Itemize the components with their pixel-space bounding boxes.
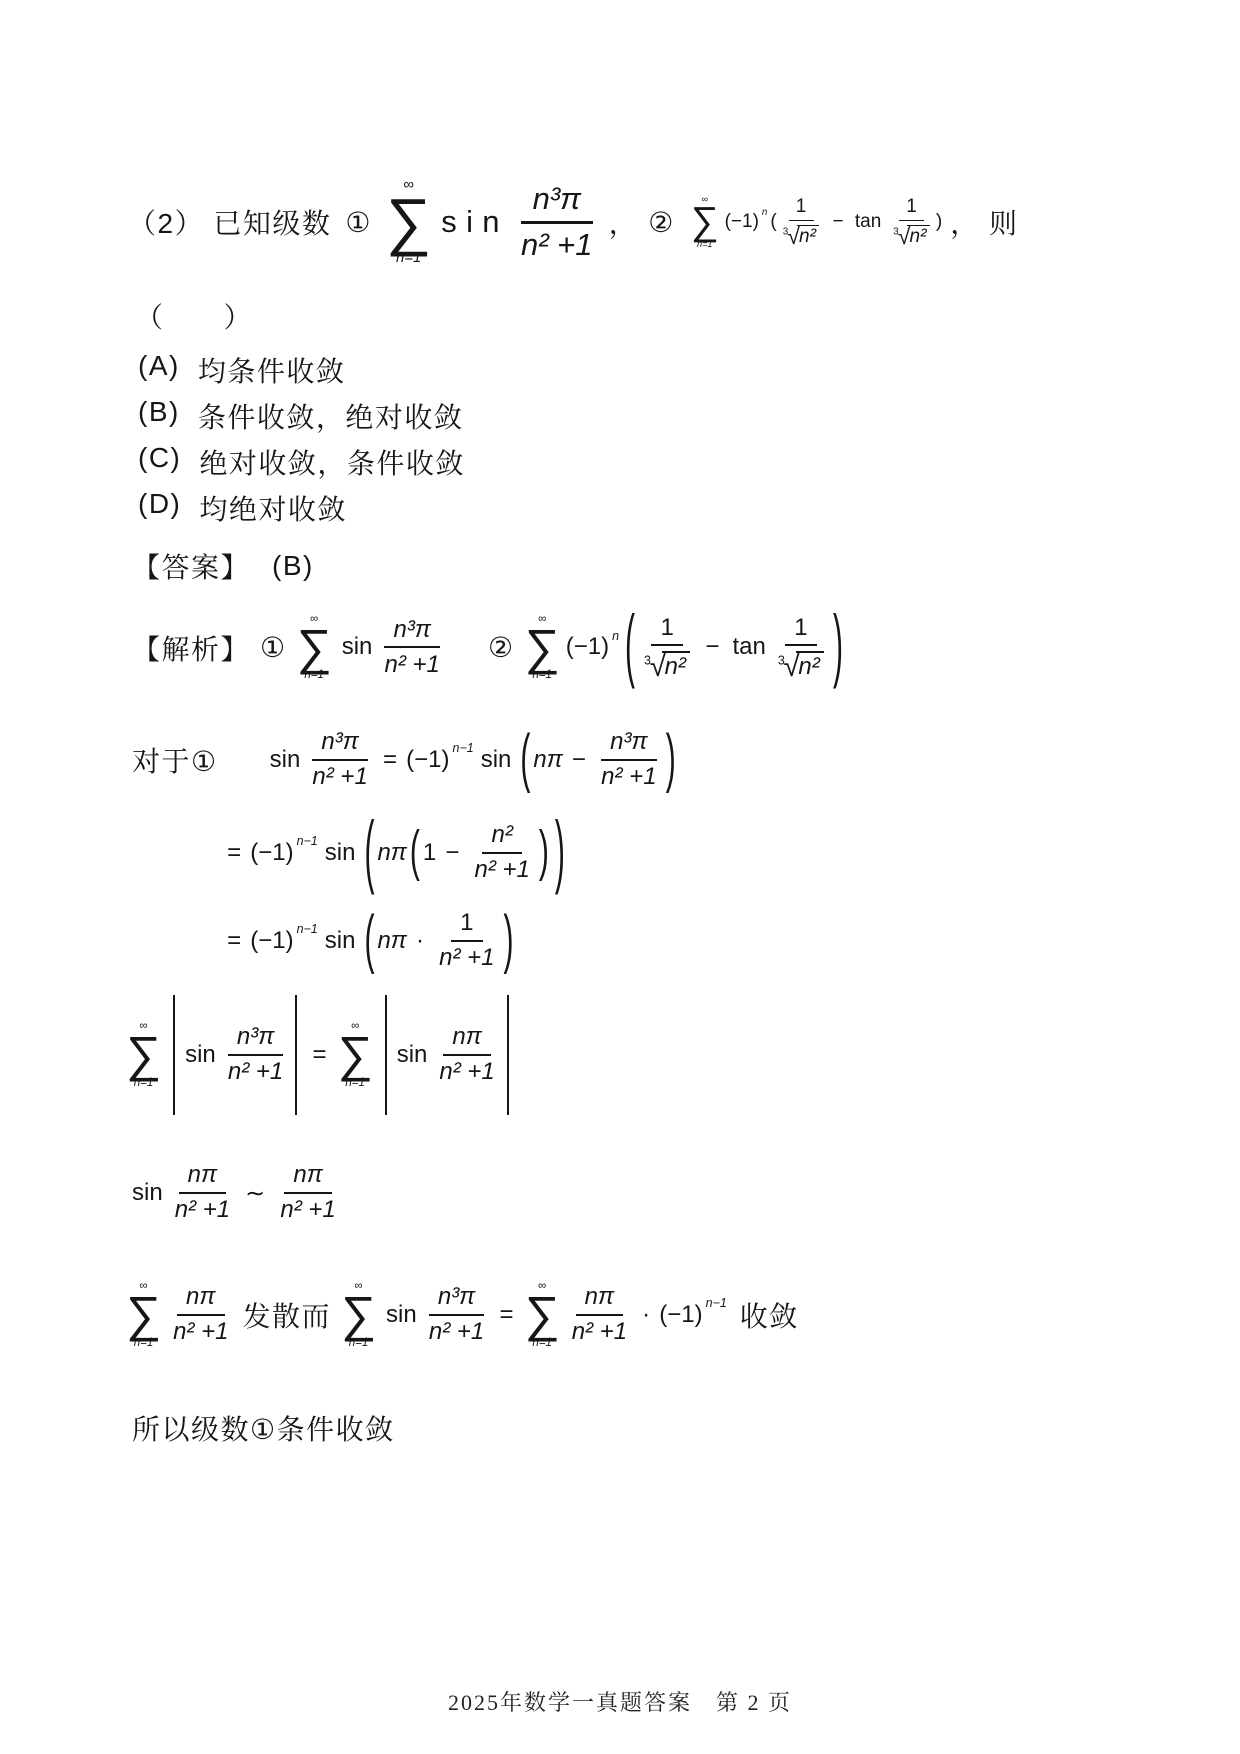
fraction: n³π n² +1 bbox=[429, 1283, 485, 1346]
fraction-numerator: nπ bbox=[443, 1023, 491, 1056]
series-2-formula: ∞ ∑ n=1 (−1) n ( 1 3 √ n² − tan bbox=[523, 613, 846, 683]
sum-lower-limit: n=1 bbox=[134, 1077, 154, 1090]
fraction-denominator: n² +1 bbox=[521, 224, 593, 264]
answer-value: (B) bbox=[272, 550, 314, 582]
sin-function: sin bbox=[132, 1179, 163, 1207]
fraction-numerator: n³π bbox=[384, 616, 440, 649]
sum-operator: ∞ ∑ n=1 bbox=[341, 1280, 376, 1350]
fraction-numerator: n³π bbox=[601, 728, 657, 761]
abs-bar bbox=[507, 995, 509, 1115]
power-exponent: n−1 bbox=[453, 741, 474, 755]
radicand: n² bbox=[662, 651, 691, 681]
sum-lower-limit: n=1 bbox=[349, 1337, 369, 1350]
sum-lower-limit: n=1 bbox=[304, 669, 324, 682]
option-d-text: 均绝对收敛 bbox=[199, 488, 347, 528]
question-stem: （2） 已知级数 ① ∞ ∑ n=1 sin n³π n² +1 ， ② ∞ ∑… bbox=[128, 152, 1018, 292]
sin-function: sin bbox=[270, 746, 301, 774]
series-1-formula: ∞ ∑ n=1 sin n³π n² +1 bbox=[295, 613, 446, 683]
option-b-label: (B) bbox=[138, 396, 180, 436]
sin-function: sin bbox=[481, 746, 512, 774]
power-exponent: n bbox=[762, 207, 768, 218]
equals-sign: = bbox=[313, 1041, 327, 1069]
equation-line-2: = (−1) n−1 sin ( nπ ( 1 − n² n² +1 ) ) bbox=[218, 800, 568, 905]
answer-line: 【答案】 (B) bbox=[132, 546, 314, 586]
root-index: 3 bbox=[783, 226, 789, 238]
left-paren: ( bbox=[364, 904, 374, 977]
fraction-denominator: n² +1 bbox=[439, 1056, 494, 1087]
fraction: n³π n² +1 bbox=[521, 181, 593, 263]
power-term: (−1) n−1 bbox=[250, 839, 321, 867]
answer-label: 【答案】 bbox=[132, 546, 250, 586]
fraction-numerator: 1 bbox=[651, 614, 683, 647]
sum-operator: ∞ ∑ n=1 bbox=[386, 177, 431, 267]
fraction-denominator: n² +1 bbox=[173, 1316, 228, 1347]
inner-right-paren: ) bbox=[539, 821, 549, 884]
fraction-denominator: n² +1 bbox=[385, 648, 440, 679]
tan-function: tan bbox=[732, 633, 765, 661]
power-exponent: n−1 bbox=[297, 922, 318, 936]
n-pi-term: nπ bbox=[533, 746, 562, 774]
fraction-numerator: 1 bbox=[785, 614, 817, 647]
sum-lower-limit: n=1 bbox=[532, 1337, 552, 1350]
sin-function: sin bbox=[185, 1041, 216, 1069]
sum-operator: ∞ ∑ n=1 bbox=[297, 613, 332, 683]
series-2-formula: ∞ ∑ n=1 (−1) n ( 1 3 √ n² − tan bbox=[689, 194, 942, 249]
fraction: nπ n² +1 bbox=[572, 1283, 627, 1346]
fraction: n³π n² +1 bbox=[601, 728, 657, 791]
minus-sign: − bbox=[445, 839, 459, 867]
power-term: (−1) n−1 bbox=[406, 746, 477, 774]
option-c-label: (C) bbox=[138, 442, 181, 482]
fraction: n³π n² +1 bbox=[312, 728, 368, 791]
power-term: (−1) n bbox=[725, 211, 771, 233]
fraction: 1 3 √ n² bbox=[644, 614, 690, 682]
sin-function: sin bbox=[441, 204, 509, 240]
abs-bar bbox=[385, 995, 387, 1115]
fraction: n³π n² +1 bbox=[228, 1023, 284, 1086]
fraction-denominator: n² +1 bbox=[175, 1194, 230, 1225]
power-base: (−1) bbox=[725, 211, 759, 233]
fraction-numerator: n³π bbox=[429, 1283, 485, 1316]
minus-sign: − bbox=[833, 211, 844, 233]
series-2-marker: ② bbox=[488, 631, 515, 664]
sum-sigma: ∑ bbox=[297, 626, 332, 669]
series-2-marker: ② bbox=[648, 206, 675, 239]
fraction: nπ n² +1 bbox=[439, 1023, 494, 1086]
sin-function: sin bbox=[386, 1301, 417, 1329]
sum-lower-limit: n=1 bbox=[697, 239, 712, 249]
fraction-denominator: n² +1 bbox=[312, 761, 367, 792]
sum-sigma: ∑ bbox=[341, 1293, 376, 1336]
sum-sigma: ∑ bbox=[338, 1033, 373, 1076]
sum-operator: ∞ ∑ n=1 bbox=[338, 1020, 373, 1090]
sum-lower-limit: n=1 bbox=[134, 1337, 154, 1350]
n-pi-term: nπ bbox=[377, 839, 406, 867]
sum-sigma: ∑ bbox=[126, 1033, 161, 1076]
right-paren: ) bbox=[936, 211, 942, 233]
fraction: n³π n² +1 bbox=[384, 616, 440, 679]
series-1-marker: ① bbox=[345, 206, 372, 239]
sum-operator: ∞ ∑ n=1 bbox=[691, 194, 719, 249]
fraction: nπ n² +1 bbox=[175, 1161, 230, 1224]
dot-operator: · bbox=[642, 1301, 650, 1329]
sin-function: sin bbox=[342, 633, 373, 661]
equals-sign: = bbox=[227, 927, 241, 955]
fraction-numerator: nπ bbox=[179, 1161, 227, 1194]
dot-operator: · bbox=[416, 927, 424, 955]
option-c-text: 绝对收敛，条件收敛 bbox=[199, 442, 465, 482]
divergence-line: ∞ ∑ n=1 nπ n² +1 发散而 ∞ ∑ n=1 sin n³π n² … bbox=[124, 1255, 799, 1375]
cube-root: 3 √ n² bbox=[893, 225, 930, 248]
left-paren: ( bbox=[770, 211, 776, 233]
option-d-label: (D) bbox=[138, 488, 181, 528]
diverges-text: 发散而 bbox=[242, 1295, 331, 1335]
power-base: (−1) bbox=[566, 633, 609, 661]
tilde-operator: ∼ bbox=[245, 1179, 265, 1208]
option-d: (D) 均绝对收敛 bbox=[138, 488, 347, 528]
then-text: ， 则 bbox=[950, 202, 1018, 242]
converges-text: 收敛 bbox=[740, 1295, 799, 1335]
outer-right-paren: ) bbox=[555, 807, 565, 899]
series-1-marker: ① bbox=[260, 631, 287, 664]
abs-bar bbox=[173, 995, 175, 1115]
question-number-text: （2） 已知级数 bbox=[128, 202, 331, 242]
option-a-label: (A) bbox=[138, 350, 180, 390]
sum-sigma: ∑ bbox=[525, 1293, 560, 1336]
sum-operator: ∞ ∑ n=1 bbox=[126, 1020, 161, 1090]
option-a-text: 均条件收敛 bbox=[198, 350, 346, 390]
fraction-denominator: 3 √ n² bbox=[783, 221, 820, 248]
one-term: 1 bbox=[423, 839, 436, 867]
power-base: (−1) bbox=[250, 839, 293, 867]
page-footer: 2025年数学一真题答案 第 2 页 bbox=[0, 1686, 1240, 1717]
sin-function: sin bbox=[397, 1041, 428, 1069]
sum-sigma: ∑ bbox=[386, 194, 431, 250]
power-base: (−1) bbox=[659, 1301, 702, 1329]
power-term: (−1) n−1 bbox=[250, 927, 321, 955]
analysis-label: 【解析】 bbox=[132, 628, 250, 668]
option-b: (B) 条件收敛，绝对收敛 bbox=[138, 396, 463, 436]
conclusion-text: 所以级数①条件收敛 bbox=[132, 1408, 395, 1448]
equals-sign: = bbox=[227, 839, 241, 867]
sum-operator: ∞ ∑ n=1 bbox=[525, 1280, 560, 1350]
fraction: 1 3 √ n² bbox=[783, 196, 820, 249]
left-paren: ( bbox=[520, 723, 530, 796]
fraction-numerator: n³π bbox=[521, 181, 593, 224]
sum-operator: ∞ ∑ n=1 bbox=[525, 613, 560, 683]
fraction-denominator: 3 √ n² bbox=[778, 646, 824, 681]
equation-line-3: = (−1) n−1 sin ( nπ · 1 n² +1 ) bbox=[218, 893, 516, 989]
left-paren: ( bbox=[625, 602, 635, 694]
fraction: 1 n² +1 bbox=[439, 909, 494, 972]
sum-lower-limit: n=1 bbox=[396, 250, 421, 267]
radicand: n² bbox=[796, 651, 825, 681]
fraction-denominator: n² +1 bbox=[439, 942, 494, 973]
root-index: 3 bbox=[893, 226, 899, 238]
right-paren: ) bbox=[666, 723, 676, 796]
fraction-numerator: nπ bbox=[576, 1283, 624, 1316]
fraction-numerator: n² bbox=[482, 821, 522, 854]
fraction-denominator: n² +1 bbox=[280, 1194, 335, 1225]
cube-root: 3 √ n² bbox=[783, 225, 820, 248]
fraction-denominator: 3 √ n² bbox=[644, 646, 690, 681]
equivalence-line: sin nπ n² +1 ∼ nπ n² +1 bbox=[128, 1143, 342, 1243]
fraction-numerator: nπ bbox=[177, 1283, 225, 1316]
sum-lower-limit: n=1 bbox=[532, 669, 552, 682]
fraction: nπ n² +1 bbox=[173, 1283, 228, 1346]
sin-function: sin bbox=[325, 927, 356, 955]
series-1-formula: ∞ ∑ n=1 sin n³π n² +1 bbox=[384, 177, 599, 267]
sin-function: sin bbox=[325, 839, 356, 867]
sum-sigma: ∑ bbox=[691, 205, 719, 239]
cube-root: 3 √ n² bbox=[778, 651, 824, 681]
fraction-denominator: n² +1 bbox=[474, 854, 529, 885]
fraction-numerator: n³π bbox=[228, 1023, 284, 1056]
fraction: n² n² +1 bbox=[474, 821, 529, 884]
analysis-line: 【解析】 ① ∞ ∑ n=1 sin n³π n² +1 ② ∞ ∑ n=1 (… bbox=[132, 595, 846, 700]
minus-sign: − bbox=[705, 633, 719, 661]
fraction-numerator: nπ bbox=[284, 1161, 332, 1194]
document-page: （2） 已知级数 ① ∞ ∑ n=1 sin n³π n² +1 ， ② ∞ ∑… bbox=[0, 0, 1240, 1754]
power-exponent: n−1 bbox=[706, 1296, 727, 1310]
fraction-numerator: 1 bbox=[789, 196, 814, 221]
minus-sign: − bbox=[572, 746, 586, 774]
answer-blank: （ ） bbox=[135, 296, 253, 336]
sum-sigma: ∑ bbox=[126, 1293, 161, 1336]
radicand: n² bbox=[907, 225, 930, 248]
root-index: 3 bbox=[644, 653, 651, 668]
fraction-numerator: n³π bbox=[312, 728, 368, 761]
for-series-1-label: 对于① bbox=[132, 740, 218, 780]
option-b-text: 条件收敛，绝对收敛 bbox=[198, 396, 464, 436]
n-pi-term: nπ bbox=[377, 927, 406, 955]
right-paren: ) bbox=[833, 602, 843, 694]
sum-operator: ∞ ∑ n=1 bbox=[126, 1280, 161, 1350]
fraction: 1 3 √ n² bbox=[893, 196, 930, 249]
comma: ， bbox=[609, 202, 639, 242]
inner-left-paren: ( bbox=[410, 821, 420, 884]
option-a: (A) 均条件收敛 bbox=[138, 350, 345, 390]
power-term: (−1) n−1 bbox=[659, 1301, 730, 1329]
radicand: n² bbox=[797, 225, 820, 248]
right-paren: ) bbox=[503, 904, 513, 977]
root-index: 3 bbox=[778, 653, 785, 668]
fraction: 1 3 √ n² bbox=[778, 614, 824, 682]
fraction: nπ n² +1 bbox=[280, 1161, 335, 1224]
sum-sigma: ∑ bbox=[525, 626, 560, 669]
outer-left-paren: ( bbox=[364, 807, 374, 899]
option-c: (C) 绝对收敛，条件收敛 bbox=[138, 442, 465, 482]
fraction-denominator: n² +1 bbox=[429, 1316, 484, 1347]
fraction-denominator: n² +1 bbox=[601, 761, 656, 792]
tan-function: tan bbox=[855, 211, 881, 233]
power-term: (−1) n bbox=[566, 633, 622, 661]
power-exponent: n−1 bbox=[297, 834, 318, 848]
power-base: (−1) bbox=[406, 746, 449, 774]
power-exponent: n bbox=[612, 629, 619, 643]
equals-sign: = bbox=[499, 1301, 513, 1329]
fraction-numerator: 1 bbox=[899, 196, 924, 221]
cube-root: 3 √ n² bbox=[644, 651, 690, 681]
equals-sign: = bbox=[383, 746, 397, 774]
fraction-denominator: n² +1 bbox=[228, 1056, 283, 1087]
absolute-series-line: ∞ ∑ n=1 sin n³π n² +1 = ∞ ∑ n=1 sin nπ n… bbox=[124, 995, 515, 1115]
power-base: (−1) bbox=[250, 927, 293, 955]
fraction-numerator: 1 bbox=[451, 909, 483, 942]
abs-bar bbox=[295, 995, 297, 1115]
case-1-line: 对于① sin n³π n² +1 = (−1) n−1 sin ( nπ − … bbox=[132, 705, 679, 815]
sum-lower-limit: n=1 bbox=[345, 1077, 365, 1090]
fraction-denominator: n² +1 bbox=[572, 1316, 627, 1347]
fraction-denominator: 3 √ n² bbox=[893, 221, 930, 248]
